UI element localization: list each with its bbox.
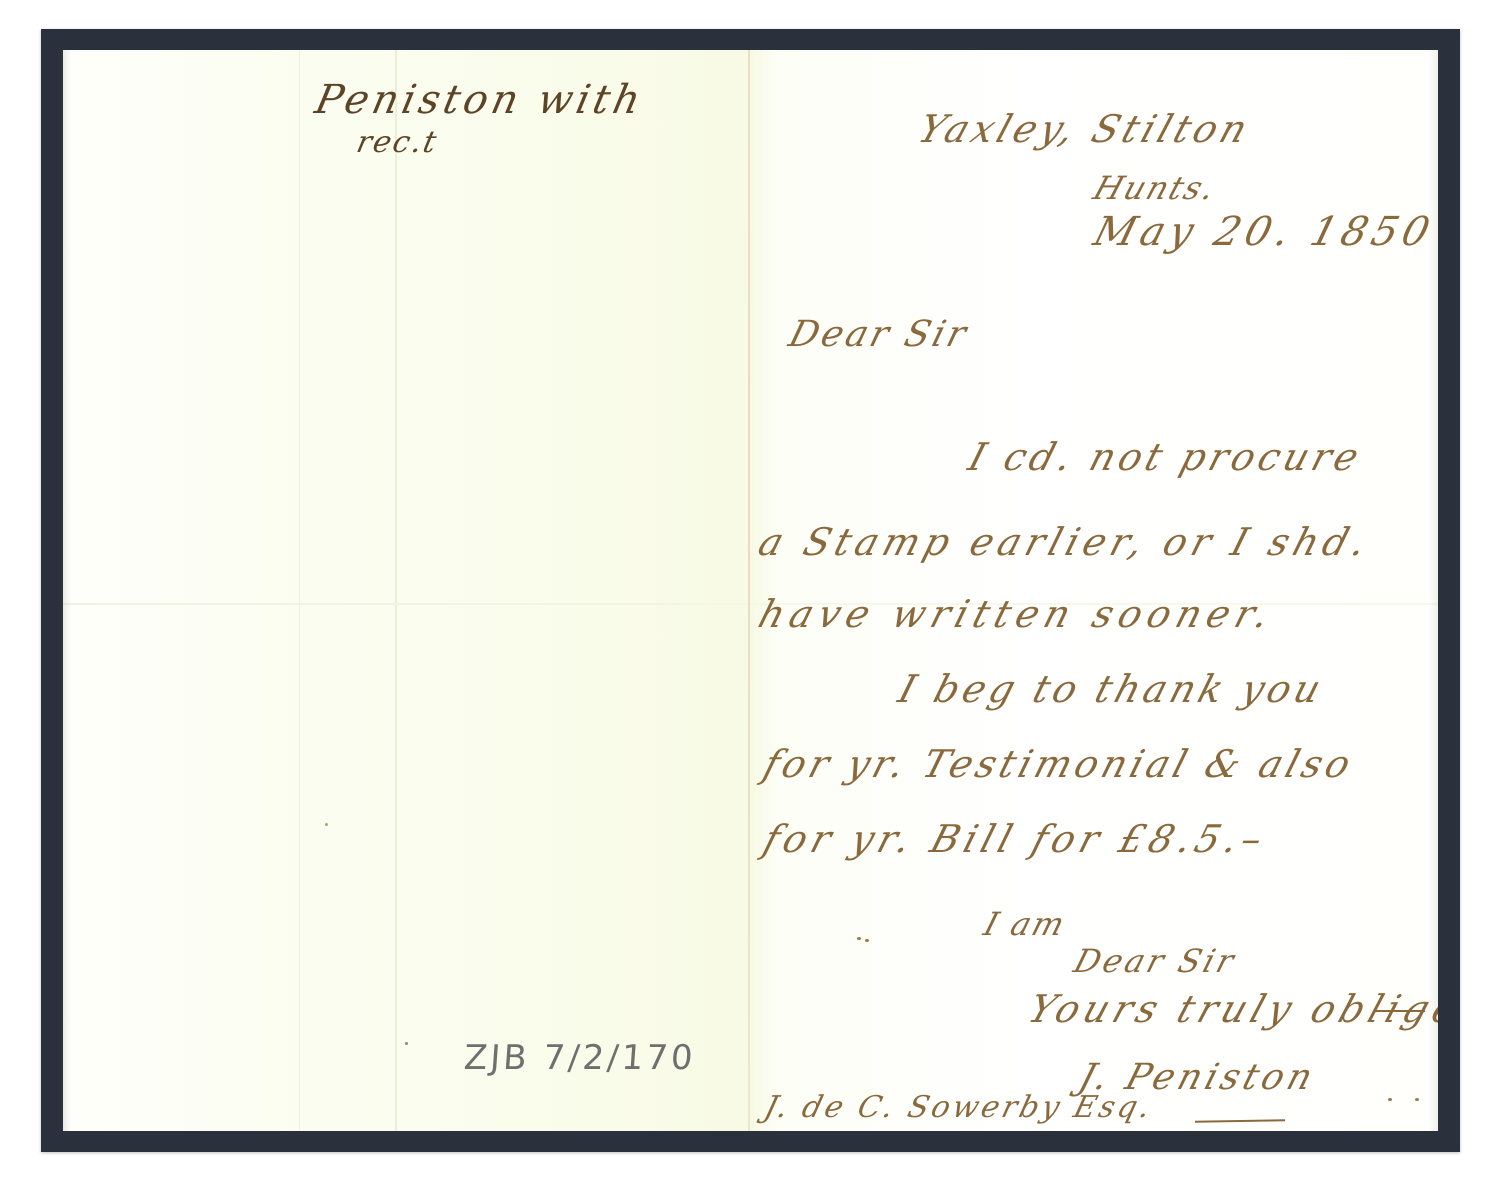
pencil-speck	[405, 1042, 408, 1045]
address-line1: Yaxley, Stilton	[914, 110, 1256, 148]
body-line-5: for yr. Testimonial & also	[760, 745, 1359, 783]
body-line-4: I beg to thank you	[895, 670, 1329, 708]
address-line2: Hunts.	[1090, 172, 1221, 204]
closing-flourish	[1375, 1010, 1425, 1012]
recipient-line: J. de C. Sowerby Esq.	[761, 1093, 1156, 1123]
ink-speck	[857, 937, 861, 940]
body-line-1: I cd. not procure	[965, 438, 1367, 476]
right-page: Yaxley, Stilton Hunts. May 20. 1850 Dear…	[750, 50, 1438, 1131]
body-line-3: have written sooner.	[755, 595, 1280, 633]
body-line-2: a Stamp earlier, or I shd.	[755, 523, 1376, 561]
body-line-6: for yr. Bill for £8.5.–	[760, 820, 1272, 858]
closing-line-2: Dear Sir	[1070, 945, 1240, 977]
ink-speck	[1388, 1098, 1392, 1101]
left-page: Peniston with rec.t ZJB 7/2/170	[63, 50, 749, 1131]
letter-date: May 20. 1850	[1090, 212, 1438, 252]
closing-line-3: Yours truly obliged	[1024, 990, 1438, 1028]
docket-note-line2: rec.t	[354, 128, 441, 158]
closing-line-1: I am	[980, 908, 1069, 940]
ink-speck	[325, 823, 328, 826]
ink-speck	[1415, 1098, 1419, 1101]
docket-note-line1: Peniston with	[312, 80, 648, 120]
document-scan: Peniston with rec.t ZJB 7/2/170 Yaxley, …	[0, 0, 1500, 1192]
salutation: Dear Sir	[785, 317, 972, 353]
archive-reference: ZJB 7/2/170	[463, 1038, 697, 1078]
signature-underline	[1195, 1119, 1285, 1123]
letter-sheet: Peniston with rec.t ZJB 7/2/170 Yaxley, …	[63, 50, 1438, 1131]
ink-speck	[865, 939, 869, 942]
